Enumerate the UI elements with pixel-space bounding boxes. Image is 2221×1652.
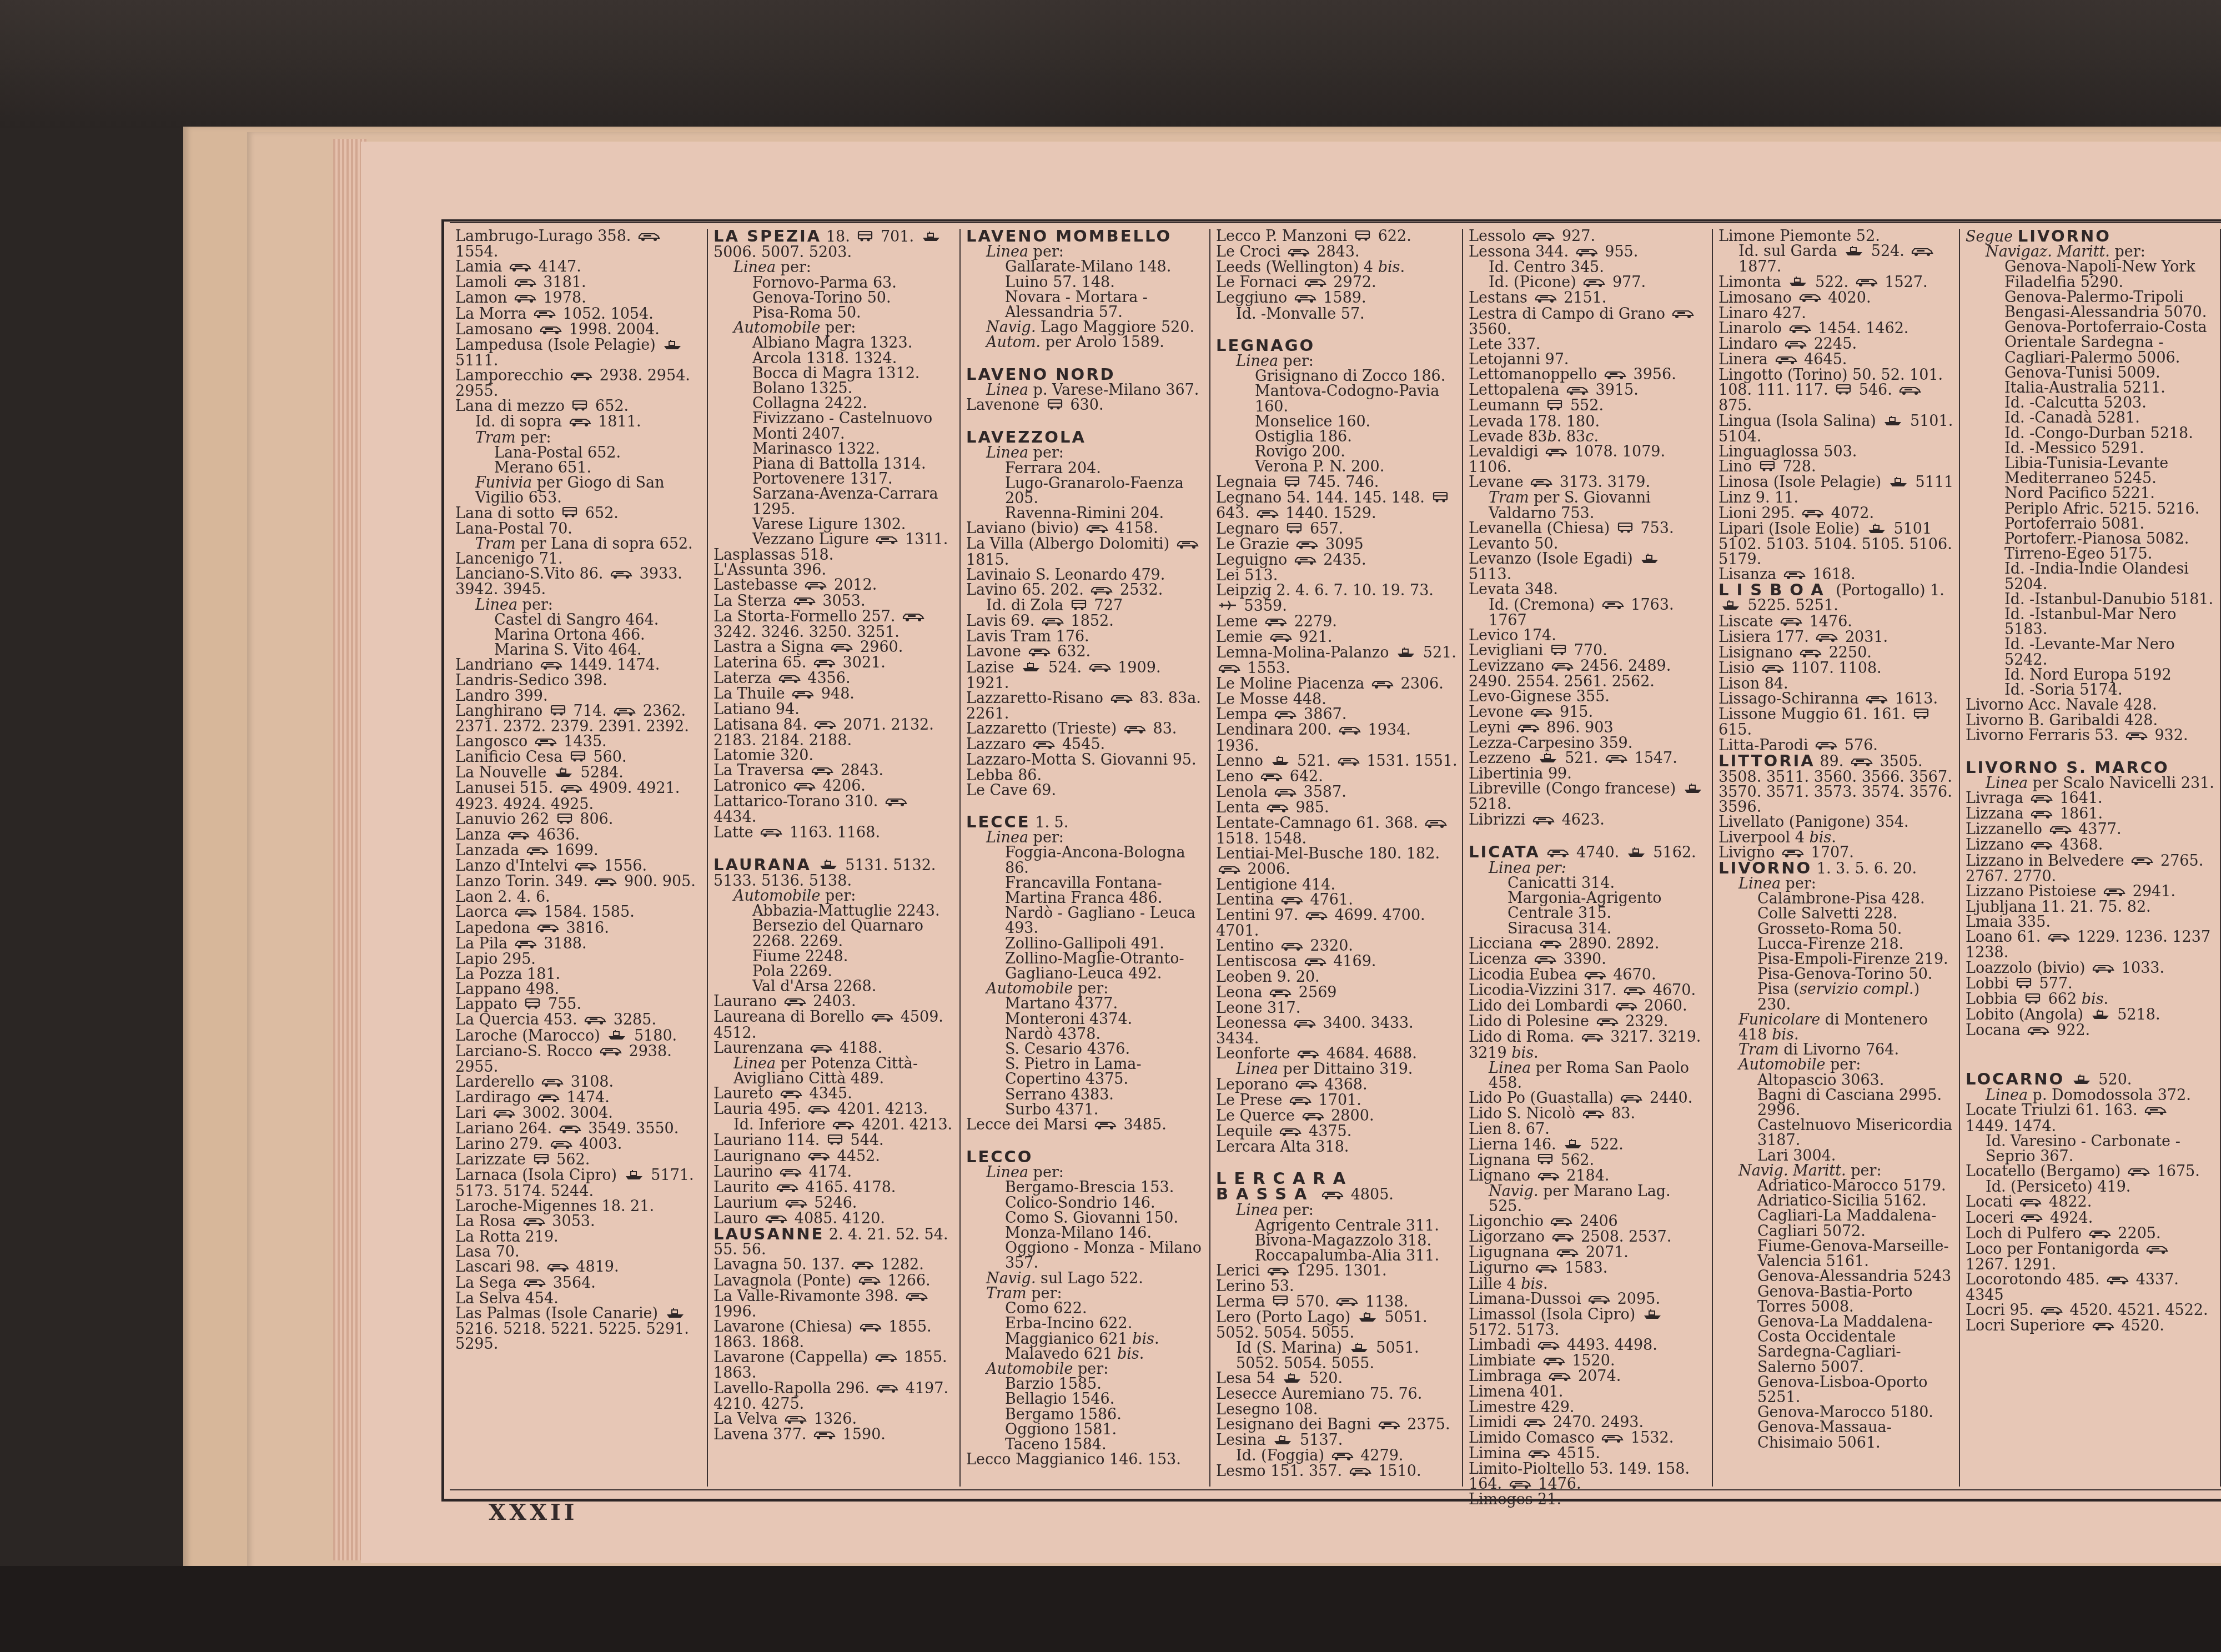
bus-icon — [1305, 908, 1328, 923]
bus-icon — [1540, 937, 1562, 952]
tram-icon — [1354, 229, 1371, 244]
index-entry: Id. -Messico 5291. — [1966, 441, 2215, 456]
index-entry: Laurito 4165. 4178. — [713, 1180, 955, 1196]
index-entry: Le Fornaci 2972. — [1216, 275, 1458, 290]
index-entry: LITTORIA 89. 3505. 3508. 3511. 3560. 356… — [1718, 754, 1954, 815]
bus-icon — [534, 307, 556, 322]
index-entry: Genova-Palermo-Tripoli Bengasi-Alessandr… — [1966, 290, 2215, 320]
index-column-6: Limone Piemonte 52.Id. sul Garda 524. 18… — [1713, 229, 1960, 1487]
index-entry: Licciana 2890. 2892. — [1469, 936, 1707, 952]
ship-icon — [1721, 599, 1741, 614]
bus-icon — [1274, 707, 1297, 722]
bus-icon — [560, 781, 582, 796]
index-entry: Castelnuovo Misericordia 3187. — [1718, 1118, 1954, 1148]
index-entry: Genova-Bastia-Porto Torres 5008. — [1718, 1284, 1954, 1314]
index-entry: Latiano 94. — [713, 702, 955, 717]
bus-icon — [1281, 893, 1303, 908]
bus-icon — [1815, 738, 1837, 753]
index-entry: Leipzig 2. 4. 6. 7. 10. 19. 73. 5359. — [1216, 583, 1458, 614]
bus-icon — [871, 1010, 893, 1025]
index-entry: Id. sul Garda 524. 1877. — [1718, 244, 1954, 274]
tram-icon — [1432, 491, 1449, 506]
index-entry: Limbiate 1520. — [1469, 1353, 1707, 1369]
index-entry: Limbadi 4493. 4498. — [1469, 1338, 1707, 1353]
index-entry: Lezza-Carpesino 359. — [1469, 736, 1707, 751]
index-entry: Bivona-Magazzolo 318. — [1216, 1233, 1458, 1248]
bus-icon — [1535, 291, 1557, 306]
tram-icon — [2016, 977, 2032, 992]
bus-icon — [1543, 1354, 1565, 1369]
index-entry: Lattarico-Torano 310. 4434. — [713, 794, 955, 825]
index-entry: La Pozza 181. — [455, 967, 702, 982]
index-entry: Funicolare di Montenero 418 bis. — [1718, 1012, 1954, 1042]
index-entry: Lavena 377. 1590. — [713, 1427, 955, 1443]
section-spacer — [1966, 1038, 2215, 1055]
index-entry: Automobile per: — [966, 981, 1205, 996]
index-entry: Segue LIVORNO — [1966, 229, 2215, 244]
index-entry: Adriatico-Marocco 5179. — [1718, 1178, 1954, 1193]
ship-icon — [554, 766, 574, 781]
bus-icon — [1274, 785, 1297, 800]
tram-icon — [1759, 460, 1776, 475]
tram-icon — [1546, 399, 1563, 414]
index-entry: Linea per: — [966, 830, 1205, 845]
section-heading: LAVENO NORD — [966, 365, 1115, 384]
index-entry: LICATA 4740. 5162. — [1469, 845, 1707, 861]
index-entry: Linea per Potenza Città-Avigliano Città … — [713, 1056, 955, 1086]
bus-icon — [547, 1260, 569, 1275]
section-heading: LIVORNO S. MARCO — [1966, 758, 2169, 777]
bus-icon — [784, 995, 806, 1010]
index-entry: Limidi 2470. 2493. — [1469, 1415, 1707, 1430]
index-entry: Lari 3002. 3004. — [455, 1106, 702, 1121]
index-entry: LECCE 1. 5. — [966, 815, 1205, 830]
index-entry: Lentiscosa 4169. — [1216, 954, 1458, 970]
ship-icon — [1788, 275, 1808, 290]
index-entry: Marinasco 1322. — [713, 441, 955, 456]
tram-icon — [561, 506, 578, 521]
index-entry: Lugo-Granarolo-Faenza 205. — [966, 476, 1205, 506]
bus-icon — [575, 859, 597, 874]
index-entry: Navig. Maritt. per: — [1718, 1163, 1954, 1178]
index-entry: Altopascio 3063. — [1718, 1073, 1954, 1088]
index-entry: Martano 4377. — [966, 996, 1205, 1011]
index-entry: Lenola 3587. — [1216, 785, 1458, 800]
index-entry: Laviano (bivio) 4158. — [966, 521, 1205, 536]
index-entry: Leyni 896. 903 — [1469, 720, 1707, 736]
index-column-3: LAVENO MOMBELLOLinea per:Gallarate-Milan… — [961, 229, 1210, 1487]
bus-icon — [1576, 245, 1598, 260]
bus-icon — [1371, 677, 1394, 692]
bus-icon — [2131, 853, 2153, 868]
index-entry: Lizzano in Belvedere 2765. 2767. 2770. — [1966, 853, 2215, 884]
index-entry: Levane 3173. 3179. — [1469, 475, 1707, 490]
bus-icon — [1267, 801, 1289, 816]
index-entry: Lenta 985. — [1216, 800, 1458, 816]
index-entry: Limido Comasco 1532. — [1469, 1430, 1707, 1446]
index-entry: Lesecce Auremiano 75. 76. — [1216, 1387, 1458, 1402]
bus-icon — [1288, 245, 1310, 260]
index-entry: Legnano 54. 144. 145. 148. 643. 1440. 15… — [1216, 490, 1458, 521]
index-entry: Lei 513. — [1216, 568, 1458, 583]
bus-icon — [1110, 691, 1133, 706]
bus-icon — [1899, 383, 1921, 398]
index-entry: Bagni di Casciana 2995. 2996. — [1718, 1088, 1954, 1118]
index-entry: Leumann 552. — [1469, 398, 1707, 414]
index-entry: Varese Ligure 1302. — [713, 517, 955, 532]
index-entry: Lero (Porto Lago) 5051. 5052. 5054. 5055… — [1216, 1310, 1458, 1340]
index-entry: Lerma 570. 1138. — [1216, 1294, 1458, 1310]
index-entry: Monteroni 4374. — [966, 1012, 1205, 1027]
index-entry: Lanificio Cesa 560. — [455, 750, 702, 765]
index-entry: Leone 317. — [1216, 1001, 1458, 1016]
bus-icon — [1524, 1415, 1546, 1430]
index-entry: Lete 337. — [1469, 337, 1707, 352]
index-entry: Lisio 1107. 1108. — [1718, 661, 1954, 676]
index-entry: Latronico 4206. — [713, 779, 955, 794]
index-entry: Levanzo (Isole Egadi) 5113. — [1469, 551, 1707, 582]
ship-icon — [665, 1307, 685, 1322]
index-entry: Lizzanello 4377. — [1966, 822, 2215, 837]
tram-icon — [857, 230, 873, 245]
index-entry: Calambrone-Pisa 428. — [1718, 891, 1954, 906]
bus-icon — [1349, 1464, 1371, 1479]
bus-icon — [1582, 1107, 1605, 1122]
index-entry: Foggia-Ancona-Bologna 86. — [966, 845, 1205, 875]
ship-icon — [1626, 846, 1646, 861]
bus-icon — [1530, 705, 1552, 720]
bus-icon — [1588, 1292, 1610, 1307]
index-entry: Laurano 2403. — [713, 994, 955, 1010]
ship-icon — [1883, 414, 1903, 429]
bus-icon — [1302, 1109, 1324, 1124]
index-entry: Id. -Istanbul-Danubio 5181. — [1966, 592, 2215, 607]
index-entry: Levico 174. — [1469, 628, 1707, 643]
index-entry: Levade 83b. 83c. — [1469, 429, 1707, 444]
index-entry: Lizzano Pistoiese 2941. — [1966, 884, 2215, 900]
index-entry: Lanza 4636. — [455, 827, 702, 843]
index-entry: LA SPEZIA 18. 701. 5006. 5007. 5203. — [713, 229, 955, 260]
index-entry: Bergamo 1586. — [966, 1407, 1205, 1422]
index-entry: Linea per: — [713, 260, 955, 275]
index-entry: Ljubljana 11. 21. 75. 82. — [1966, 900, 2215, 915]
bus-icon — [1257, 506, 1279, 521]
index-entry: Genova-Torino 50. — [713, 290, 955, 305]
bus-icon — [2092, 1319, 2114, 1334]
index-entry: Lavone 632. — [966, 644, 1205, 660]
ship-icon — [1888, 475, 1908, 490]
index-entry: Leoben 9. 20. — [1216, 970, 1458, 985]
index-entry: Id. -Levante-Mar Nero 5242. — [1966, 637, 2215, 667]
bus-icon — [780, 1165, 802, 1180]
index-entry: LIVORNO 1. 3. 5. 6. 20. — [1718, 861, 1954, 876]
index-entry: Lana-Postal 70. — [455, 521, 702, 536]
bus-icon — [1269, 986, 1292, 1001]
italic-label: Linea — [475, 596, 517, 614]
index-entry: Roccapalumba-Alia 311. — [1216, 1248, 1458, 1263]
index-entry: Lesegno 108. — [1216, 1402, 1458, 1417]
index-entry: Linea per Scalo Navicelli 231. — [1966, 776, 2215, 791]
italic-label: Automobile — [1738, 1056, 1825, 1073]
ship-icon — [1640, 552, 1660, 567]
bus-icon — [1378, 1418, 1400, 1433]
ship-icon — [1867, 522, 1887, 537]
bus-icon — [1094, 1118, 1117, 1133]
index-entry: Lercara Alta 318. — [1216, 1139, 1458, 1154]
index-entry: Liscate 1476. — [1718, 614, 1954, 630]
italic-label: bis — [1378, 259, 1400, 276]
index-entry: Lambrugo-Lurago 358. 1554. — [455, 229, 702, 259]
index-entry: Lobito (Angola) 5218. — [1966, 1007, 2215, 1023]
index-entry: Locri Superiore 4520. — [1966, 1318, 2215, 1334]
index-entry: Linea p. Domodossola 372. — [1966, 1088, 2215, 1103]
bus-icon — [2103, 885, 2125, 900]
index-entry: Nardò - Gagliano - Leuca 493. — [966, 906, 1205, 936]
bus-icon — [2048, 930, 2070, 945]
index-entry: Legnaia 745. 746. — [1216, 475, 1458, 490]
index-entry: Leme 2279. — [1216, 614, 1458, 630]
index-entry: Loco per Fontanigorda 1267. 1291. — [1966, 1242, 2215, 1272]
bus-icon — [614, 704, 636, 719]
italic-label: Linea — [1236, 1061, 1278, 1078]
index-entry: Fiume-Genova-Marseille-Valencia 5161. — [1718, 1239, 1954, 1269]
ship-icon — [1642, 1308, 1662, 1323]
bus-icon — [540, 323, 562, 338]
index-entry: Lendinara 200. 1934. 1936. — [1216, 722, 1458, 753]
tram-icon — [1284, 475, 1300, 490]
index-entry: Arcola 1318. 1324. — [713, 351, 955, 366]
index-entry: Laureto 4345. — [713, 1086, 955, 1102]
bus-icon — [1601, 1431, 1624, 1446]
index-entry: Levanto 50. — [1469, 536, 1707, 551]
index-entry: Lido dei Lombardi 2060. — [1469, 998, 1707, 1014]
index-entry: Linea per Dittaino 319. — [1216, 1062, 1458, 1077]
bus-icon — [1218, 661, 1240, 676]
index-entry: Lappato 755. — [455, 997, 702, 1012]
index-entry: Leggiuno 1589. — [1216, 290, 1458, 306]
index-entry: Erba-Incino 622. — [966, 1316, 1205, 1331]
index-entry: Levo-Gignese 355. — [1469, 689, 1707, 704]
bus-icon — [523, 1214, 545, 1229]
ship-icon — [1396, 646, 1416, 661]
bus-icon — [515, 937, 537, 952]
bus-icon — [550, 1137, 572, 1152]
bus-icon — [559, 1122, 581, 1137]
index-entry: Lamia 4147. — [455, 259, 702, 275]
index-entry: Langhirano 714. 2362. 2371. 2372. 2379. … — [455, 704, 702, 734]
index-entry: Linera 4645. — [1718, 352, 1954, 368]
index-entry: Leguigno 2435. — [1216, 553, 1458, 568]
bus-icon — [1425, 816, 1447, 831]
index-entry: Lentina 4761. — [1216, 892, 1458, 908]
index-entry: Le Moline Piacenza 2306. — [1216, 676, 1458, 692]
index-entry: Lavagnola (Ponte) 1266. — [713, 1273, 955, 1289]
index-entry: Livorno B. Garibaldi 428. — [1966, 713, 2215, 728]
index-entry: Laorca 1584. 1585. — [455, 905, 702, 920]
bus-icon — [2031, 791, 2053, 806]
index-entry: Lana-Postal 652. — [455, 445, 702, 460]
tram-icon — [827, 1133, 843, 1148]
index-entry: Id (S. Marina) 5051. 5052. 5054. 5055. — [1216, 1340, 1458, 1371]
index-entry: Linea per: — [1469, 861, 1707, 876]
bus-icon — [1584, 968, 1606, 983]
bus-icon — [515, 905, 537, 920]
index-entry: Oggiono 1581. — [966, 1422, 1205, 1437]
index-entry: Pisa-Genova-Torino 50. — [1718, 967, 1954, 982]
index-entry: Linea per: — [966, 445, 1205, 460]
index-entry: Genova-Portoferraio-Costa Orientale Sard… — [1966, 320, 2215, 365]
bus-icon — [1304, 275, 1326, 290]
index-entry: Legnaro 657. — [1216, 521, 1458, 537]
index-entry: Barzio 1585. — [966, 1377, 1205, 1392]
index-entry: Lazzaretto (Trieste) 83. — [966, 721, 1205, 737]
index-entry: Laureana di Borello 4509. 4512. — [713, 1010, 955, 1040]
bus-icon — [1124, 722, 1146, 737]
bus-icon — [524, 1276, 546, 1291]
index-entry: Linea per: — [1216, 354, 1458, 369]
bus-icon — [2125, 729, 2148, 744]
bus-icon — [2089, 1227, 2111, 1242]
index-entry: Le Cave 69. — [966, 783, 1205, 798]
index-entry: Tram per: — [455, 430, 702, 445]
index-entry: Lenno 521. 1531. 1551. — [1216, 754, 1458, 769]
bus-icon — [1602, 597, 1624, 612]
index-entry: Lierna 146. 522. — [1469, 1137, 1707, 1153]
index-entry: Laterza 4356. — [713, 671, 955, 686]
index-entry: Leonforte 4684. 4688. — [1216, 1046, 1458, 1062]
index-entry: Larciano-S. Rocco 2938. 2955. — [455, 1044, 702, 1074]
index-entry: Lido di Roma. 3217. 3219. 3219 bis. — [1469, 1030, 1707, 1060]
background-desk-top — [0, 0, 2221, 128]
bus-icon — [540, 658, 562, 673]
index-entry: Lizzana 1861. — [1966, 806, 2215, 822]
bus-icon — [1528, 1447, 1550, 1462]
ship-icon — [1282, 1372, 1302, 1387]
ship-icon — [2072, 1073, 2092, 1088]
tram-icon — [524, 997, 541, 1012]
index-entry: Lmaia 335. — [1966, 915, 2215, 930]
bus-icon — [852, 1258, 874, 1273]
index-entry: Abbazia-Mattuglie 2243. — [713, 903, 955, 918]
index-entry: Lemie 921. — [1216, 630, 1458, 645]
index-entry: Livorno Ferraris 53. 932. — [1966, 728, 2215, 744]
bus-icon — [1596, 1015, 1619, 1030]
index-entry: Lipari (Isole Eolie) 5101 5102. 5103. 51… — [1718, 521, 1954, 568]
index-entry: La Villa (Albergo Dolomiti) 1815. — [966, 536, 1205, 567]
tram-icon — [533, 1153, 550, 1168]
index-entry: Larizzate 562. — [455, 1152, 702, 1168]
index-entry: Lettomanoppello 3956. — [1469, 367, 1707, 383]
index-entry: Grosseto-Roma 50. — [1718, 922, 1954, 937]
bus-icon — [1321, 1188, 1344, 1203]
index-entry: Locana 922. — [1966, 1023, 2215, 1038]
index-entry: Navig. per Marano Lag. 525. — [1469, 1184, 1707, 1214]
index-entry: Ligurno 1583. — [1469, 1261, 1707, 1276]
index-entry: Id. -Soria 5174. — [1966, 682, 2215, 697]
index-entry: Piana di Battolla 1314. — [713, 456, 955, 471]
bus-icon — [1547, 846, 1569, 861]
index-entry: Lizzano 4368. — [1966, 837, 2215, 853]
index-entry: Oggiono - Monza - Milano 357. — [966, 1241, 1205, 1271]
index-entry: Portoferr.-Pianosa 5082. — [1966, 531, 2215, 546]
bus-icon — [1336, 1294, 1358, 1309]
index-entry: Larderello 3108. — [455, 1074, 702, 1090]
bus-icon — [885, 795, 907, 810]
bus-icon — [814, 717, 836, 732]
bus-icon — [1566, 383, 1589, 398]
tram-icon — [1272, 1294, 1289, 1309]
bus-icon — [1604, 368, 1626, 383]
index-entry: Id. -Congo-Durban 5218. — [1966, 426, 2215, 441]
index-entry: Surbo 4371. — [966, 1102, 1205, 1117]
index-entry: Lanuvio 262 806. — [455, 812, 702, 827]
bus-icon — [1762, 661, 1784, 676]
index-entry: Bolano 1325. — [713, 381, 955, 396]
index-entry: Lesignano dei Bagni 2375. — [1216, 1417, 1458, 1433]
index-entry: Latte 1163. 1168. — [713, 825, 955, 841]
ship-icon — [1683, 782, 1703, 797]
index-entry: Lentate-Camnago 61. 368. 1518. 1548. — [1216, 816, 1458, 846]
index-entry: Lison 84. — [1718, 676, 1954, 691]
index-entry: Lastebasse 2012. — [713, 578, 955, 593]
index-entry: Navig. sul Lago 522. — [966, 1271, 1205, 1286]
bus-icon — [570, 369, 592, 384]
bus-icon — [810, 1041, 832, 1056]
section-heading: LEGNAGO — [1216, 336, 1315, 355]
bus-icon — [2049, 822, 2072, 837]
index-entry: Laurignano 4452. — [713, 1149, 955, 1164]
bus-icon — [2092, 961, 2114, 976]
bus-icon — [1294, 291, 1316, 306]
index-entry: Novara - Mortara - Alessandria 57. — [966, 290, 1205, 320]
index-entry: Limina 4515. — [1469, 1446, 1707, 1462]
bus-icon — [1799, 290, 1821, 305]
index-entry: Val d'Arsa 2268. — [713, 979, 955, 994]
index-entry: Ravenna-Rimini 204. — [966, 506, 1205, 521]
index-entry: Locatello (Bergamo) 1675. — [1966, 1164, 2215, 1179]
tram-icon — [1537, 1153, 1554, 1168]
index-entry: Locorotondo 485. 4337. 4345 — [1966, 1272, 2215, 1303]
bus-icon — [1775, 353, 1797, 368]
index-entry: Lisignano 2250. — [1718, 645, 1954, 661]
index-entry: Laurino 4174. — [713, 1164, 955, 1180]
bus-icon — [1672, 307, 1694, 322]
index-entry: LEGNAGO — [1216, 338, 1458, 354]
index-entry: Linz 9. 11. — [1718, 490, 1954, 505]
italic-label: Tram — [1489, 489, 1529, 506]
ship-icon — [1844, 244, 1864, 259]
bus-icon — [535, 735, 557, 750]
index-entry: Bersezio del Quarnaro 2268. 2269. — [713, 918, 955, 948]
bus-icon — [1552, 1230, 1574, 1245]
index-entry: Fivizzano - Castelnuovo Monti 2407. — [713, 411, 955, 441]
index-entry: LECCO — [966, 1149, 1205, 1165]
index-entry: Latisana 84. 2071. 2132. 2183. 2184. 218… — [713, 717, 955, 748]
index-entry: Librizzi 4623. — [1469, 812, 1707, 828]
index-entry: Linguaglossa 503. — [1718, 444, 1954, 459]
index-entry: Merano 651. — [455, 460, 702, 475]
index-entry: Lascari 98. 4819. — [455, 1259, 702, 1275]
index-entry: Lavarone (Cappella) 1855. 1863. — [713, 1350, 955, 1380]
tram-icon — [550, 704, 566, 719]
bus-icon — [1270, 630, 1292, 645]
bus-icon — [2144, 1103, 2167, 1118]
bus-icon — [875, 1350, 897, 1365]
bus-icon — [1509, 1477, 1531, 1492]
bus-icon — [1556, 1246, 1579, 1261]
bus-icon — [2019, 1195, 2042, 1210]
bus-icon — [876, 1381, 898, 1396]
